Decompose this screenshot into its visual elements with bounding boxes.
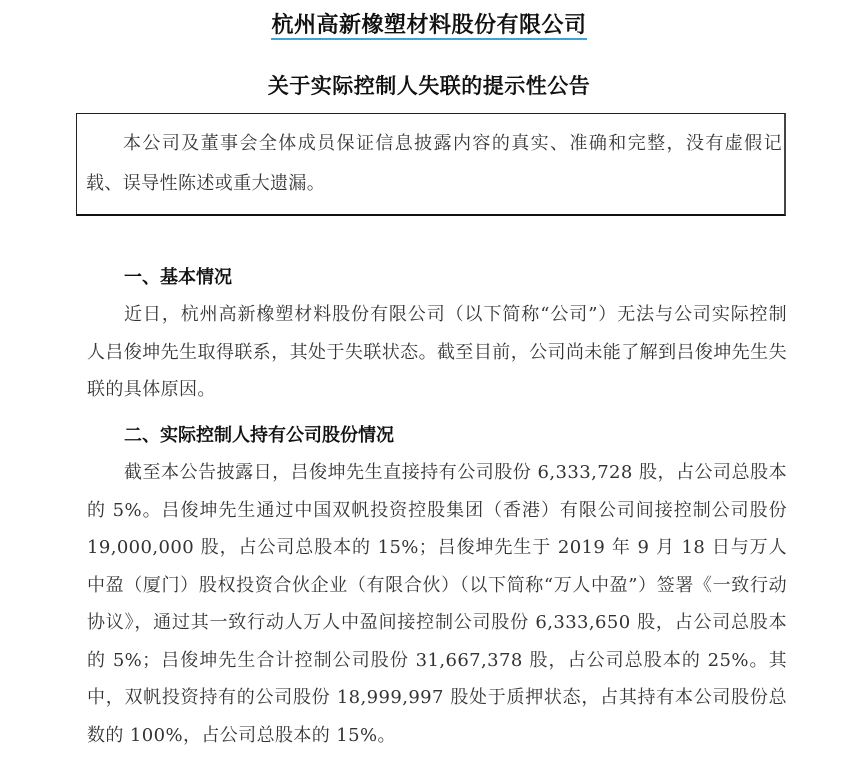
section-heading-shareholding: 二、实际控制人持有公司股份情况 <box>124 421 394 447</box>
section-body-shareholding: 截至本公告披露日，吕俊坤先生直接持有公司股份 6,333,728 股，占公司总股… <box>87 454 787 754</box>
company-title-text: 杭州高新橡塑材料股份有限公司 <box>271 13 586 40</box>
section-body-basic: 近日，杭州高新橡塑材料股份有限公司（以下简称“公司”）无法与公司实际控制人吕俊坤… <box>87 296 787 409</box>
section-heading-basic: 一、基本情况 <box>124 263 232 289</box>
announcement-title: 关于实际控制人失联的提示性公告 <box>0 70 858 100</box>
company-title: 杭州高新橡塑材料股份有限公司 <box>0 8 858 39</box>
disclaimer-text: 本公司及董事会全体成员保证信息披露内容的真实、准确和完整，没有虚假记载、误导性陈… <box>86 124 782 204</box>
